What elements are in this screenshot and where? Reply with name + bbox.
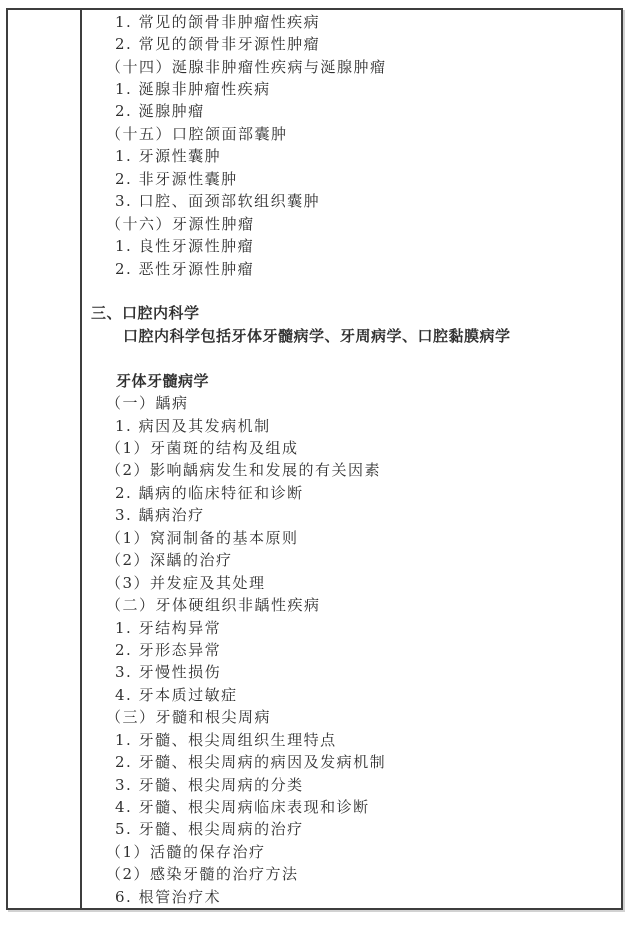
- numbered-item-line: 1. 涎腺非肿瘤性疾病: [82, 77, 621, 99]
- chapter-heading: 三、口腔内科学: [82, 302, 621, 324]
- section-item-line: （一）龋病: [82, 391, 621, 413]
- numbered-item-line: 2. 非牙源性囊肿: [82, 167, 621, 189]
- document-page: 1. 常见的颌骨非肿瘤性疾病2. 常见的颌骨非牙源性肿瘤（十四）涎腺非肿瘤性疾病…: [0, 0, 632, 927]
- section-item-line: （十六）牙源性肿瘤: [82, 212, 621, 234]
- content-lines: 1. 常见的颌骨非肿瘤性疾病2. 常见的颌骨非牙源性肿瘤（十四）涎腺非肿瘤性疾病…: [82, 10, 621, 908]
- section-item-line: （十四）涎腺非肿瘤性疾病与涎腺肿瘤: [82, 55, 621, 77]
- numbered-item-line: 2. 龋病的临床特征和诊断: [82, 481, 621, 503]
- numbered-item-line: 2. 牙形态异常: [82, 638, 621, 660]
- numbered-item-line: 1. 病因及其发病机制: [82, 414, 621, 436]
- numbered-item-line: 3. 口腔、面颈部软组织囊肿: [82, 190, 621, 212]
- section-item-line: （二）牙体硬组织非龋性疾病: [82, 593, 621, 615]
- section-item-line: （2）深龋的治疗: [82, 549, 621, 571]
- table-left-cell: [8, 10, 82, 908]
- numbered-item-line: 1. 牙髓、根尖周组织生理特点: [82, 728, 621, 750]
- content-table: 1. 常见的颌骨非肿瘤性疾病2. 常见的颌骨非牙源性肿瘤（十四）涎腺非肿瘤性疾病…: [6, 8, 623, 910]
- bold-paragraph: 口腔内科学包括牙体牙髓病学、牙周病学、口腔黏膜病学: [82, 324, 621, 346]
- numbered-item-line: 2. 涎腺肿瘤: [82, 100, 621, 122]
- numbered-item-line: 4. 牙髓、根尖周病临床表现和诊断: [82, 795, 621, 817]
- numbered-item-line: 1. 牙结构异常: [82, 616, 621, 638]
- numbered-item-line: 3. 龋病治疗: [82, 504, 621, 526]
- blank-line: [82, 279, 621, 301]
- numbered-item-line: 4. 牙本质过敏症: [82, 683, 621, 705]
- numbered-item-line: 6. 根管治疗术: [82, 885, 621, 907]
- section-item-line: （2）感染牙髓的治疗方法: [82, 863, 621, 885]
- numbered-item-line: 1. 牙源性囊肿: [82, 145, 621, 167]
- section-item-line: （1）牙菌斑的结构及组成: [82, 436, 621, 458]
- numbered-item-line: 2. 牙髓、根尖周病的病因及发病机制: [82, 750, 621, 772]
- numbered-item-line: 2. 常见的颌骨非牙源性肿瘤: [82, 32, 621, 54]
- section-item-line: （1）窝洞制备的基本原则: [82, 526, 621, 548]
- subsection-heading: 牙体牙髓病学: [82, 369, 621, 391]
- section-item-line: （1）活髓的保存治疗: [82, 840, 621, 862]
- numbered-item-line: 1. 良性牙源性肿瘤: [82, 234, 621, 256]
- section-item-line: （2）影响龋病发生和发展的有关因素: [82, 459, 621, 481]
- section-item-line: （三）牙髓和根尖周病: [82, 706, 621, 728]
- numbered-item-line: 1. 常见的颌骨非肿瘤性疾病: [82, 10, 621, 32]
- numbered-item-line: 3. 牙慢性损伤: [82, 661, 621, 683]
- section-item-line: （3）并发症及其处理: [82, 571, 621, 593]
- numbered-item-line: 2. 恶性牙源性肿瘤: [82, 257, 621, 279]
- numbered-item-line: 3. 牙髓、根尖周病的分类: [82, 773, 621, 795]
- numbered-item-line: 5. 牙髓、根尖周病的治疗: [82, 818, 621, 840]
- section-item-line: （十五）口腔颌面部囊肿: [82, 122, 621, 144]
- blank-line: [82, 347, 621, 369]
